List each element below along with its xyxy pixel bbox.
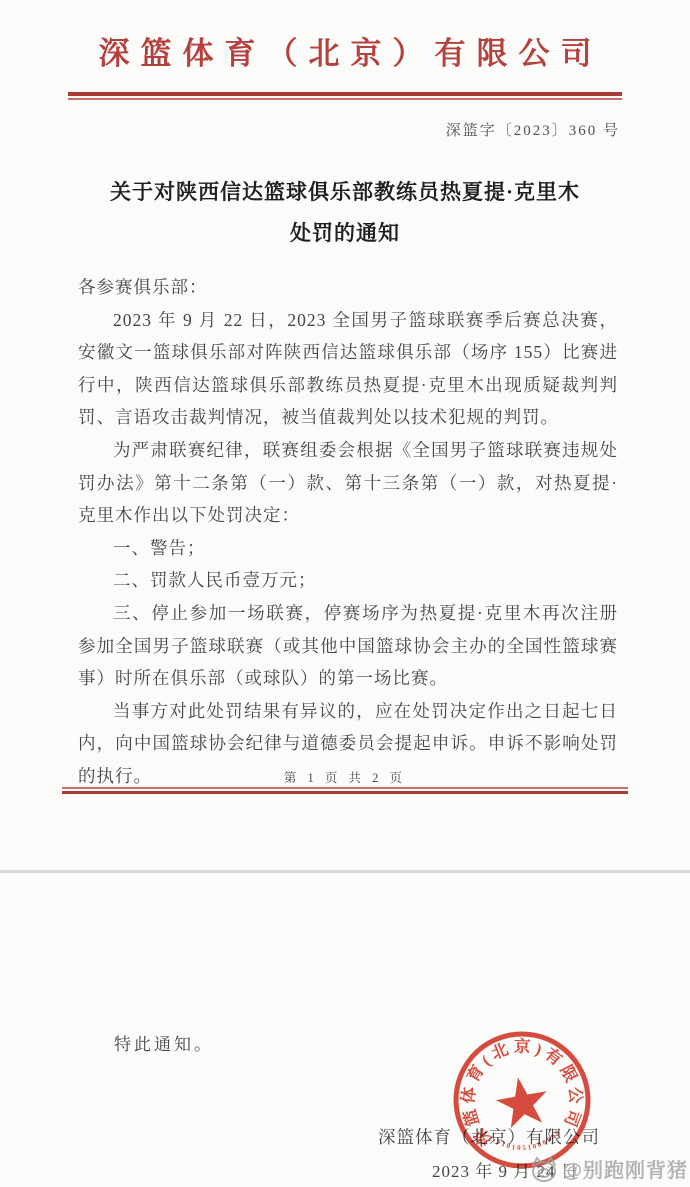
document-title-line1: 关于对陕西信达篮球俱乐部教练员热夏提·克里木 — [0, 172, 690, 213]
body-paragraph-penalty-3: 三、停止参加一场联赛，停赛场序为热夏提·克里木再次注册参加全国男子篮球联赛（或其… — [78, 597, 618, 695]
letterhead-org-name: 深篮体育（北京）有限公司 — [0, 28, 690, 73]
body-paragraph-incident: 2023 年 9 月 22 日，2023 全国男子篮球联赛季后赛总决赛，安徽文一… — [78, 304, 618, 434]
body-paragraph-penalty-1: 一、警告； — [78, 532, 618, 565]
pig-icon — [529, 1155, 559, 1183]
watermark-handle: @别跑刚背猪 — [562, 1154, 688, 1183]
star-icon — [493, 1073, 552, 1130]
body-paragraph-penalty-2: 二、罚款人民币壹万元； — [78, 564, 618, 597]
divider-line-thick — [62, 791, 628, 794]
watermark: @别跑刚背猪 — [529, 1154, 688, 1183]
salutation: 各参赛俱乐部： — [78, 271, 618, 304]
signature-org-name: 深篮体育（北京）有限公司 — [378, 1124, 600, 1149]
document-title-line2: 处罚的通知 — [0, 213, 690, 254]
body-paragraph-basis: 为严肃联赛纪律，联赛组委会根据《全国男子篮球联赛违规处罚办法》第十二条第（一）款… — [78, 434, 618, 532]
page-number: 第 1 页 共 2 页 — [0, 768, 690, 786]
divider-line-thin — [68, 98, 622, 100]
document-title: 关于对陕西信达篮球俱乐部教练员热夏提·克里木 处罚的通知 — [0, 172, 690, 254]
document-number: 深篮字〔2023〕360 号 — [446, 119, 620, 140]
page-break-line — [0, 870, 690, 873]
closing-phrase: 特此通知。 — [114, 1030, 214, 1055]
document-photo: 深篮体育（北京）有限公司 深篮字〔2023〕360 号 关于对陕西信达篮球俱乐部… — [0, 0, 690, 1187]
document-body: 各参赛俱乐部： 2023 年 9 月 22 日，2023 全国男子篮球联赛季后赛… — [78, 271, 618, 793]
letterhead-divider — [68, 92, 622, 100]
footer-divider — [62, 787, 628, 794]
